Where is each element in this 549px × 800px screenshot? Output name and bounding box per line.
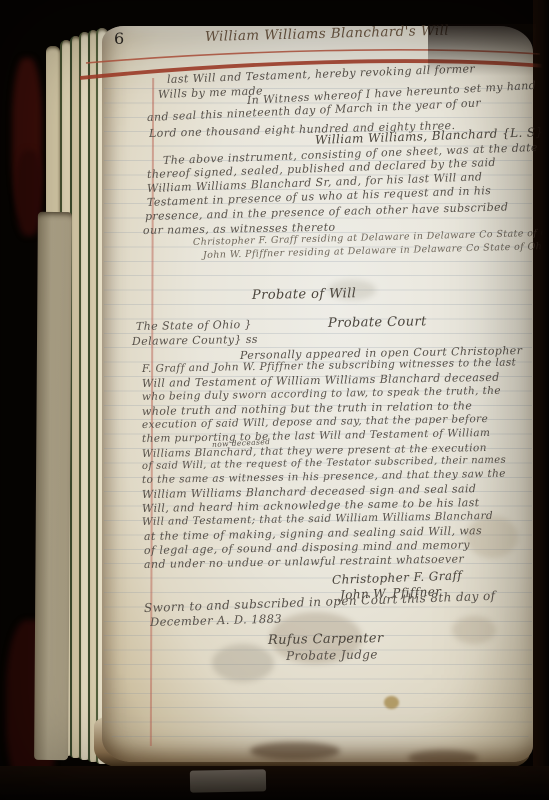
table-surface xyxy=(0,766,549,800)
book-gutter-shadow xyxy=(533,0,549,800)
court-label: Probate Court xyxy=(328,315,427,330)
probate-heading: Probate of Will xyxy=(252,287,357,302)
judge-signature: Rufus Carpenter xyxy=(268,632,384,647)
page-number: 6 xyxy=(114,29,124,48)
state-caption: The State of Ohio } xyxy=(136,319,252,332)
book-spine-fragment xyxy=(190,769,266,792)
county-caption: Delaware County} ss xyxy=(132,334,258,347)
photo-of-probate-ledger-page: 6 William Williams Blanchard's Will last… xyxy=(0,0,549,800)
judge-title: Probate Judge xyxy=(286,648,378,662)
gutter-corner-shadow xyxy=(428,24,536,76)
